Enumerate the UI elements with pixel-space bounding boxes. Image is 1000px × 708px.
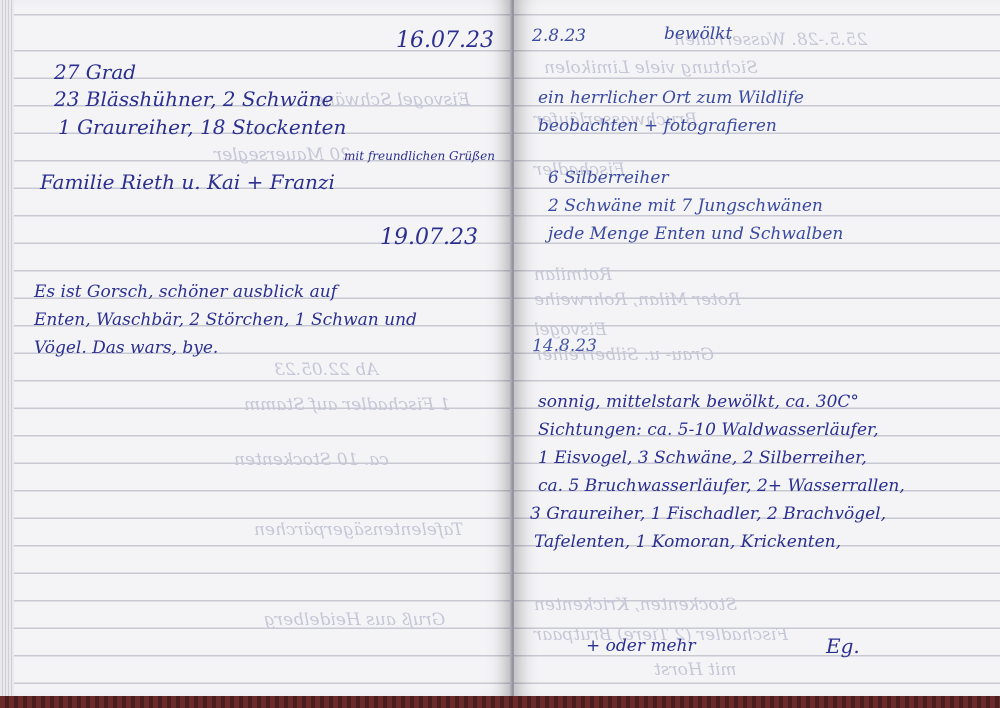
entry-line: 3 Graureiher, 1 Fischadler, 2 Brachvögel…	[530, 506, 886, 523]
bleed-through-text: Eisvogel Schwäne	[314, 90, 470, 110]
bleed-through-text: Rotmilan	[534, 265, 612, 285]
entry-line: Es ist Gorsch, schöner ausblick auf	[34, 284, 337, 301]
right-page: 25.5.-28. Wasserrallen Sichtung viele Li…	[514, 0, 1000, 696]
entry-line: jede Menge Enten und Schwalben	[548, 226, 843, 243]
bleed-through-text: Gruß aus Heidelberg	[264, 610, 445, 630]
entry-line: 2 Schwäne mit 7 Jungschwänen	[548, 198, 823, 215]
bleed-through-text: 1 Fischadler auf Stamm	[244, 395, 450, 415]
greeting-note: mit freundlichen Grüßen	[344, 150, 495, 162]
entry-line: 1 Eisvogel, 3 Schwäne, 2 Silberreiher,	[538, 450, 867, 467]
entry-line: 27 Grad	[54, 62, 136, 82]
notebook: Eisvogel Schwäne 20 Mauersegler Ab 22.05…	[0, 0, 1000, 700]
signature: Eg.	[826, 636, 860, 656]
bleed-through-text: Roter Milan, Rohrweihe	[534, 290, 741, 310]
entry-date: 2.8.23	[532, 28, 586, 45]
entry-date: 16.07.23	[396, 30, 494, 52]
entry-line: 6 Silberreiher	[548, 170, 669, 187]
entry-date: 14.8.23	[532, 338, 597, 355]
entry-line: Enten, Waschbär, 2 Störchen, 1 Schwan un…	[34, 312, 417, 329]
entry-line: 23 Blässhühner, 2 Schwäne	[54, 89, 333, 109]
weather-note: bewölkt	[664, 26, 732, 43]
bleed-through-text: Stockenten, Krickenten	[534, 595, 737, 615]
entry-line: beobachten + fotografieren	[538, 118, 777, 135]
footnote: + oder mehr	[586, 638, 696, 655]
signature: Familie Rieth u. Kai + Franzi	[40, 172, 335, 192]
bleed-through-text: ca. 10 Stockenten	[234, 450, 389, 470]
left-page: Eisvogel Schwäne 20 Mauersegler Ab 22.05…	[14, 0, 512, 696]
entry-line: Sichtungen: ca. 5-10 Waldwasserläufer,	[538, 422, 879, 439]
bleed-through-text: Sichtung viele Limikolen	[544, 58, 758, 78]
entry-line: ca. 5 Bruchwasserläufer, 2+ Wasserrallen…	[538, 478, 905, 495]
bleed-through-text: mit Horst	[654, 660, 737, 680]
entry-line: sonnig, mittelstark bewölkt, ca. 30C°	[538, 394, 859, 411]
cover-edge	[0, 696, 1000, 708]
entry-line: ein herrlicher Ort zum Wildlife	[538, 90, 804, 107]
entry-line: 1 Graureiher, 18 Stockenten	[58, 117, 346, 137]
bleed-through-text: Tafelentensägerpärchen	[254, 520, 463, 540]
entry-line: Tafelenten, 1 Komoran, Krickenten,	[534, 534, 841, 551]
bleed-through-text: Ab 22.05.23	[274, 360, 378, 380]
entry-date: 19.07.23	[380, 227, 478, 249]
bleed-through-text: 20 Mauersegler	[214, 145, 351, 165]
entry-line: Vögel. Das wars, bye.	[34, 340, 218, 357]
